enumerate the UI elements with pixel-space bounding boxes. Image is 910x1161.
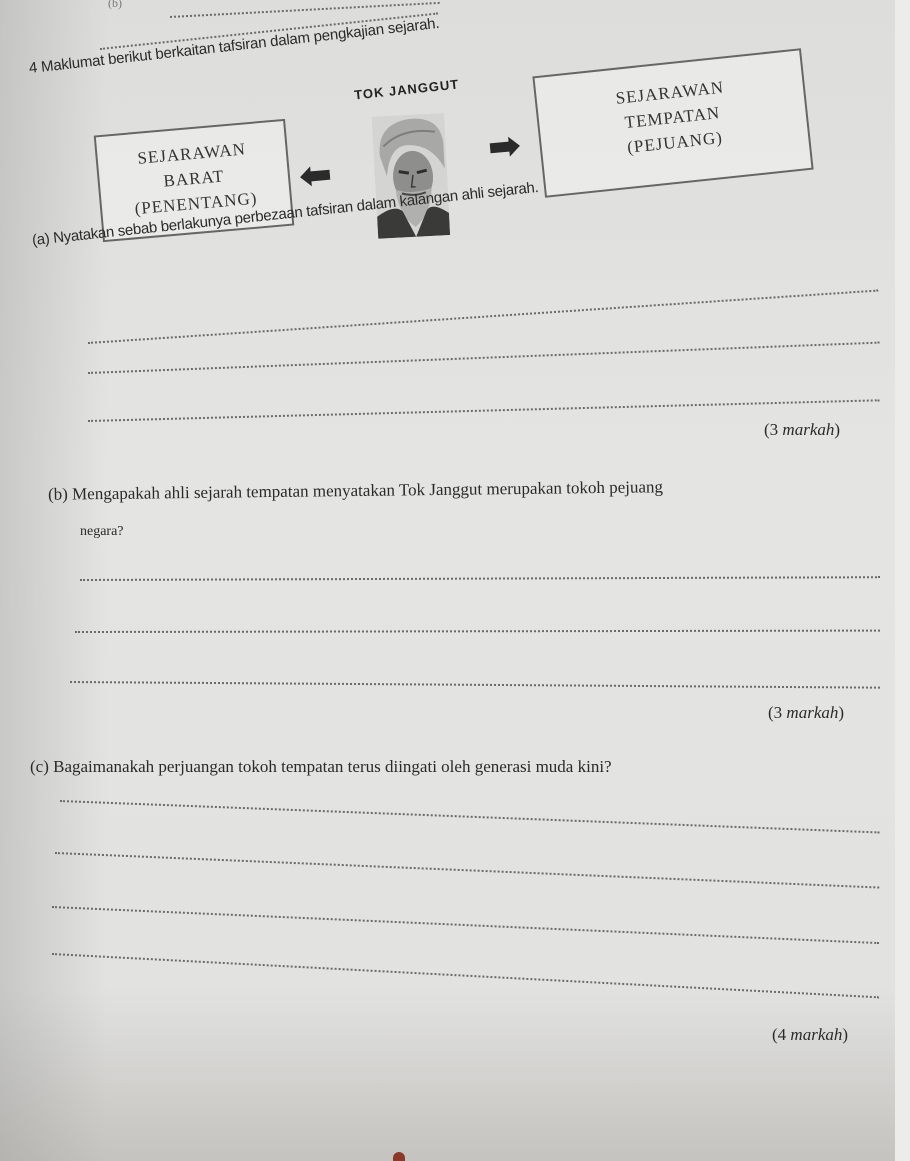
question-number: 4 bbox=[28, 59, 38, 77]
marks-word: markah bbox=[790, 1025, 842, 1044]
arrow-right-icon bbox=[489, 135, 521, 160]
worksheet-page: (b) 4 Maklumat berikut berkaitan tafsira… bbox=[0, 0, 895, 1161]
answer-line-c2[interactable] bbox=[55, 852, 879, 889]
marks-word: markah bbox=[786, 703, 838, 722]
part-label: (c) bbox=[30, 757, 49, 776]
question-intro-text: Maklumat berikut berkaitan tafsiran dala… bbox=[40, 15, 440, 76]
answer-line-b1[interactable] bbox=[80, 576, 880, 581]
portrait-icon bbox=[372, 113, 450, 239]
marks-number: 3 bbox=[770, 420, 779, 439]
red-object-edge bbox=[393, 1152, 405, 1161]
marks-c: (4 markah) bbox=[772, 1025, 848, 1045]
question-4-intro: 4 Maklumat berikut berkaitan tafsiran da… bbox=[28, 15, 440, 77]
question-part-c: (c) Bagaimanakah perjuangan tokoh tempat… bbox=[30, 757, 612, 777]
question-part-b: (b) Mengapakah ahli sejarah tempatan men… bbox=[48, 477, 663, 505]
part-text: Mengapakah ahli sejarah tempatan menyata… bbox=[72, 477, 663, 503]
part-label: (b) bbox=[48, 485, 68, 504]
answer-line-a1[interactable] bbox=[88, 290, 878, 344]
answer-line-c4[interactable] bbox=[52, 953, 879, 998]
answer-line-a2[interactable] bbox=[88, 342, 879, 374]
marks-number: 3 bbox=[774, 703, 783, 722]
answer-line-c1[interactable] bbox=[60, 800, 879, 833]
previous-question-fragment: (b) bbox=[108, 0, 122, 11]
part-text: Bagaimanakah perjuangan tokoh tempatan t… bbox=[53, 757, 611, 776]
portrait-image bbox=[372, 113, 450, 239]
part-label: (a) bbox=[31, 230, 50, 249]
marks-b: (3 markah) bbox=[768, 703, 844, 723]
answer-line-b3[interactable] bbox=[70, 681, 880, 689]
marks-number: 4 bbox=[778, 1025, 787, 1044]
figure-center-label: TOK JANGGUT bbox=[354, 77, 460, 103]
question-part-b-continued: negara? bbox=[80, 524, 124, 540]
answer-line-a3[interactable] bbox=[88, 399, 880, 422]
answer-line-b2[interactable] bbox=[75, 630, 880, 633]
answer-line-c3[interactable] bbox=[52, 906, 879, 944]
marks-a: (3 markah) bbox=[764, 420, 840, 440]
marks-word: markah bbox=[782, 420, 834, 439]
local-historians-box: SEJARAWAN TEMPATAN (PEJUANG) bbox=[532, 48, 813, 198]
arrow-left-icon bbox=[299, 164, 331, 189]
